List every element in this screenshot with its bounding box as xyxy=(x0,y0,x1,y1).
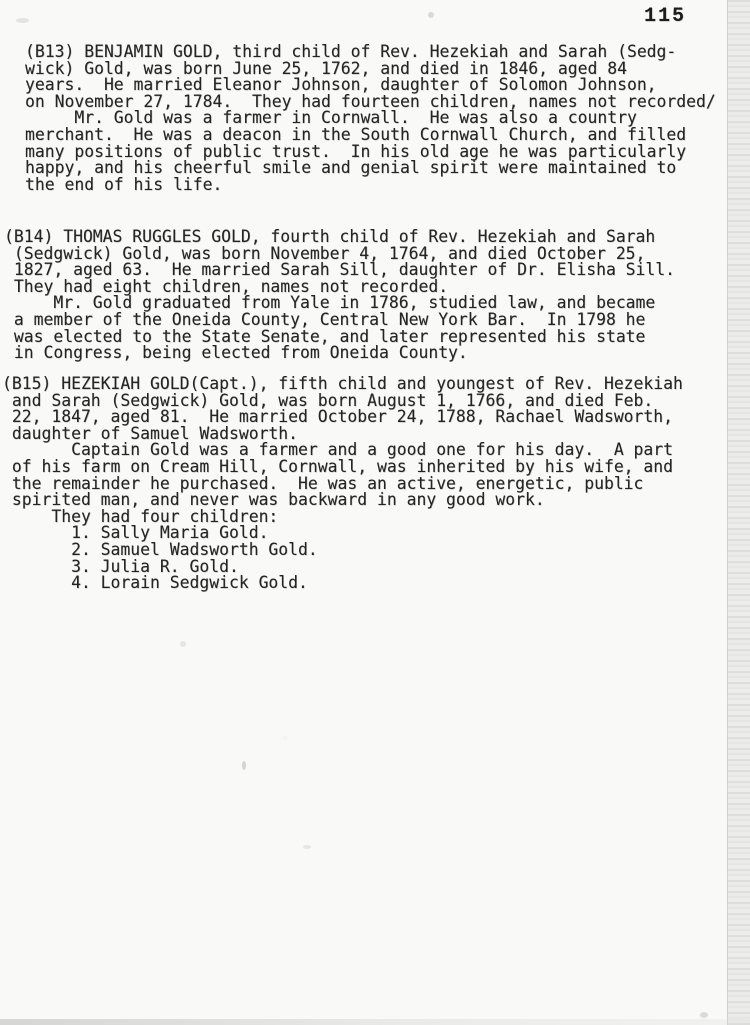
scan-speck xyxy=(242,761,246,770)
scan-speck xyxy=(700,1012,708,1018)
scanned-document-page: 115 (B13) BENJAMIN GOLD, third child of … xyxy=(0,0,750,1025)
paragraph-b15-hezekiah-gold: (B15) HEZEKIAH GOLD(Capt.), fifth child … xyxy=(2,376,683,592)
scan-speck xyxy=(428,12,434,18)
scan-speck xyxy=(303,845,311,849)
scan-right-edge-strip xyxy=(727,0,750,1025)
scan-speck xyxy=(180,641,186,647)
paragraph-b14-thomas-ruggles-gold: (B14) THOMAS RUGGLES GOLD, fourth child … xyxy=(4,229,675,362)
scan-bottom-edge xyxy=(0,1019,750,1025)
scan-speck xyxy=(16,18,29,23)
paragraph-b13-benjamin-gold: (B13) BENJAMIN GOLD, third child of Rev.… xyxy=(25,44,716,193)
page-number: 115 xyxy=(644,6,686,28)
